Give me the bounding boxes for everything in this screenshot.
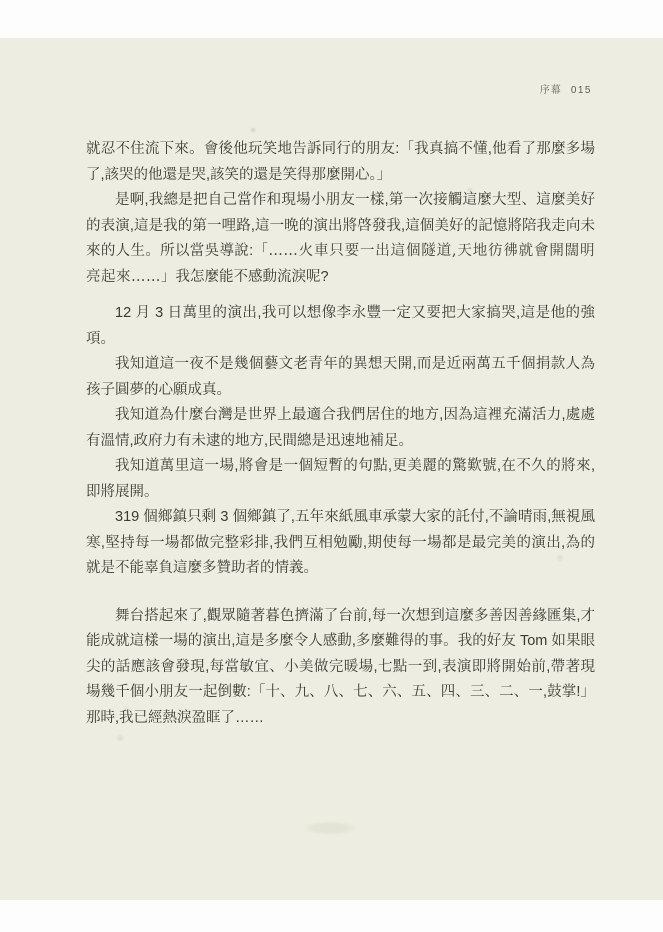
paragraph-segment: 」我怎麼能不感動流淚呢? bbox=[161, 269, 329, 285]
page-number: 015 bbox=[571, 85, 592, 96]
paragraph: 我知道萬里這一場,將會是一個短暫的句點,更美麗的驚歎號,在不久的將來,即將展開。 bbox=[86, 454, 595, 505]
paragraph: 是啊,我總是把自己當作和現場小朋友一樣,第一次接觸這麼大型、這麼美好的表演,這是… bbox=[86, 188, 595, 290]
paragraph: 我知道這一夜不是幾個藝文老青年的異想天開,而是近兩萬五千個捐款人為孩子圓夢的心願… bbox=[86, 352, 595, 403]
paragraph: 319 個鄉鎮只剩 3 個鄉鎮了,五年來紙風車承蒙大家的託付,不論晴雨,無視風寒… bbox=[86, 505, 595, 582]
paragraph: 就忍不住流下來。會後他玩笑地告訴同行的朋友:「我真搞不懂,他看了那麼多場了,該哭… bbox=[86, 137, 595, 188]
paragraph: 我知道為什麼台灣是世界上最適合我們居住的地方,因為這裡充滿活力,處處有溫情,政府… bbox=[86, 403, 595, 454]
section-title: 序幕 bbox=[540, 85, 562, 96]
paragraph: 12 月 3 日萬里的演出,我可以想像李永豐一定又要把大家搞哭,這是他的強項。 bbox=[86, 301, 595, 352]
book-page: 序幕015 就忍不住流下來。會後他玩笑地告訴同行的朋友:「我真搞不懂,他看了那麼… bbox=[0, 38, 663, 900]
body-text: 就忍不住流下來。會後他玩笑地告訴同行的朋友:「我真搞不懂,他看了那麼多場了,該哭… bbox=[86, 137, 595, 731]
paragraph: 舞台搭起來了,觀眾隨著暮色擠滿了台前,每一次想到這麼多善因善緣匯集,才能成就這樣… bbox=[86, 604, 595, 732]
running-head: 序幕015 bbox=[540, 81, 592, 96]
